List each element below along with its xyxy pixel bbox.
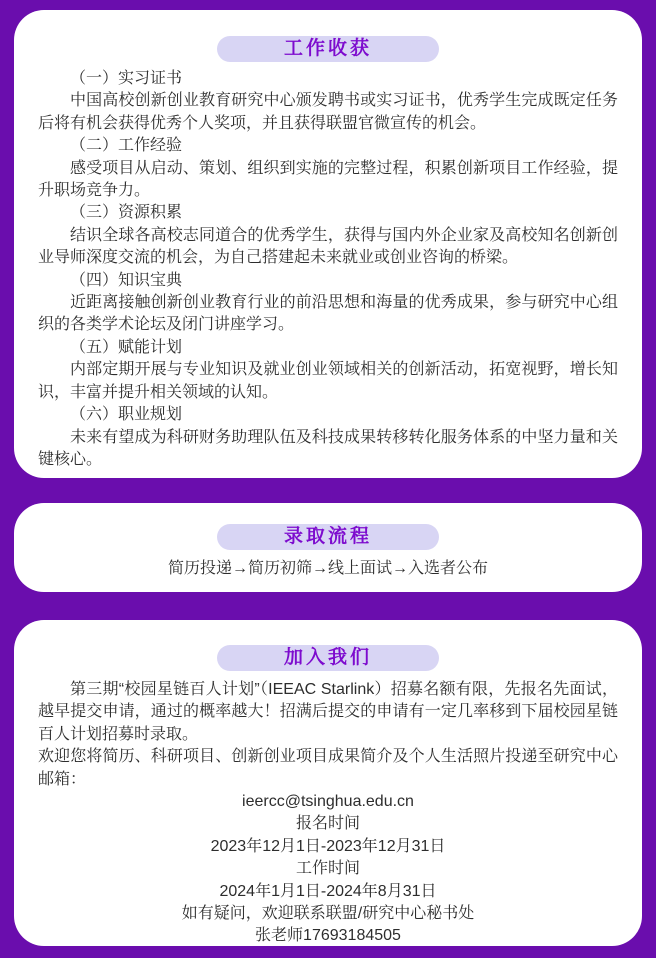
gains-item-1-text: 中国高校创新创业教育研究中心颁发聘书或实习证书，优秀学生完成既定任务后将有机会获…: [38, 90, 618, 135]
work-gains-title-badge: 工作收获: [217, 36, 439, 62]
contact-phone: 张老师17693184505: [38, 925, 618, 946]
signup-time-range: 2023年12月1日-2023年12月31日: [38, 836, 618, 858]
contact-email: ieercc@tsinghua.edu.cn: [38, 791, 618, 813]
gains-item-1-heading: （一）实习证书: [38, 68, 618, 90]
work-time-label: 工作时间: [38, 858, 618, 880]
work-gains-card: 工作收获 （一）实习证书 中国高校创新创业教育研究中心颁发聘书或实习证书，优秀学…: [14, 10, 642, 478]
gains-item-6-heading: （六）职业规划: [38, 404, 618, 426]
gains-item-4-text: 近距离接触创新创业教育行业的前沿思想和海量的优秀成果，参与研究中心组织的各类学术…: [38, 292, 618, 337]
work-time-range: 2024年1月1日-2024年8月31日: [38, 881, 618, 903]
gains-item-2-heading: （二）工作经验: [38, 135, 618, 157]
join-us-submit-text: 欢迎您将简历、科研项目、创新创业项目成果简介及个人生活照片投递至研究中心邮箱：: [38, 746, 618, 791]
admission-process-title-badge: 录取流程: [217, 524, 439, 550]
join-us-card: 加入我们 第三期“校园星链百人计划”（IEEAC Starlink）招募名额有限…: [14, 620, 642, 946]
gains-item-2-text: 感受项目从启动、策划、组织到实施的完整过程，积累创新项目工作经验，提升职场竞争力…: [38, 158, 618, 203]
admission-process-card: 录取流程 简历投递→简历初筛→线上面试→入选者公布: [14, 503, 642, 592]
gains-item-4-heading: （四）知识宝典: [38, 270, 618, 292]
work-gains-body: （一）实习证书 中国高校创新创业教育研究中心颁发聘书或实习证书，优秀学生完成既定…: [38, 68, 618, 471]
join-us-body: 第三期“校园星链百人计划”（IEEAC Starlink）招募名额有限，先报名先…: [38, 679, 618, 946]
admission-process-flow: 简历投递→简历初筛→线上面试→入选者公布: [38, 558, 618, 580]
signup-time-label: 报名时间: [38, 813, 618, 835]
gains-item-3-text: 结识全球各高校志同道合的优秀学生，获得与国内外企业家及高校知名创新创业导师深度交…: [38, 225, 618, 270]
contact-note: 如有疑问，欢迎联系联盟/研究中心秘书处: [38, 903, 618, 925]
gains-item-5-heading: （五）赋能计划: [38, 337, 618, 359]
gains-item-5-text: 内部定期开展与专业知识及就业创业领域相关的创新活动，拓宽视野，增长知识，丰富并提…: [38, 359, 618, 404]
join-us-intro-text: 第三期“校园星链百人计划”（IEEAC Starlink）招募名额有限，先报名先…: [38, 679, 618, 746]
gains-item-6-text: 未来有望成为科研财务助理队伍及科技成果转移转化服务体系的中坚力量和关键核心。: [38, 427, 618, 472]
join-us-title-badge: 加入我们: [217, 645, 439, 671]
gains-item-3-heading: （三）资源积累: [38, 202, 618, 224]
